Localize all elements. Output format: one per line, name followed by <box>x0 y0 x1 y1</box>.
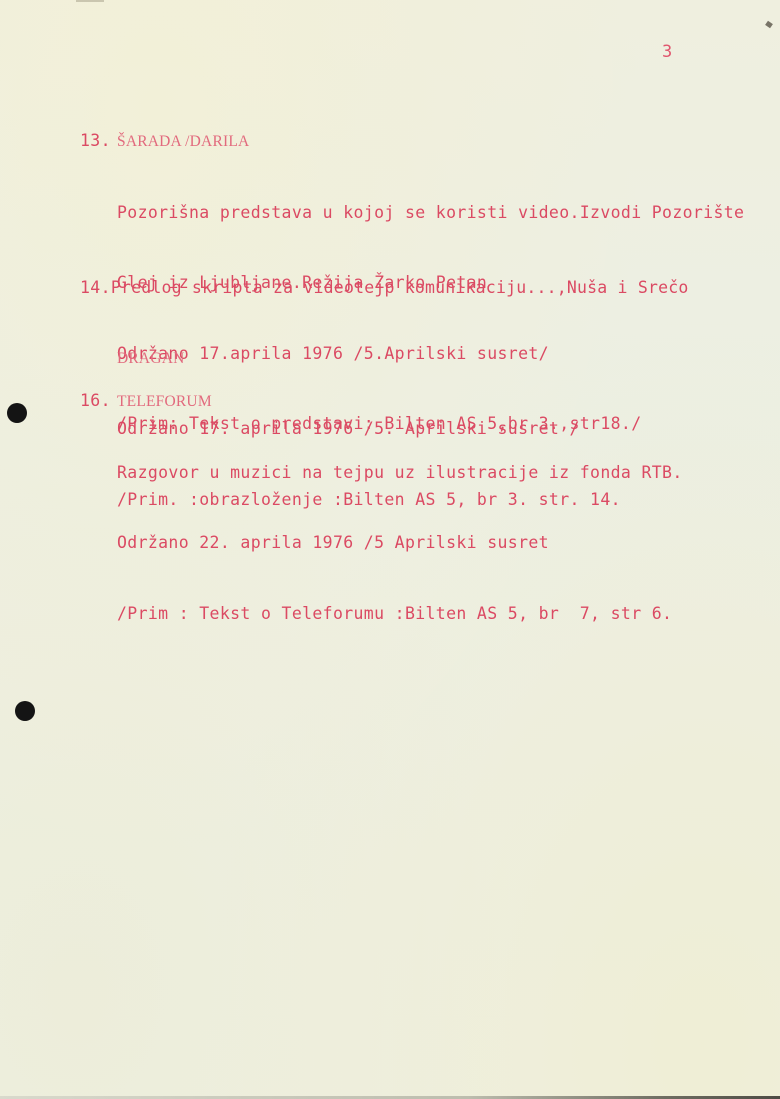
item-description-line: Razgovor u muzici na tejpu uz ilustracij… <box>80 461 683 485</box>
document-page: 3 13. ŠARADA /DARILA Pozorišna predstava… <box>0 0 780 1099</box>
item-title: TELEFORUM <box>117 390 212 414</box>
item-number: 14. <box>80 276 111 300</box>
item-heading: 16. TELEFORUM <box>80 389 683 414</box>
punch-hole-bottom <box>15 701 35 721</box>
item-heading: 14. Predlog skripta za videotejp komunik… <box>80 276 689 300</box>
paper-edge-mark <box>76 0 104 2</box>
item-description-line: Pozorišna predstava u kojoj se koristi v… <box>80 201 744 225</box>
item-number: 16. <box>80 389 117 413</box>
punch-hole-top <box>7 403 27 423</box>
item-title: ŠARADA /DARILA <box>117 130 249 154</box>
item-title: Predlog skripta za videotejp komunikacij… <box>111 276 689 300</box>
item-number: 13. <box>80 129 117 153</box>
item-heading: 13. ŠARADA /DARILA <box>80 129 744 154</box>
list-item-16: 16. TELEFORUM Razgovor u muzici na tejpu… <box>80 342 683 672</box>
paper-corner-mark <box>765 21 773 29</box>
item-note-line: /Prim : Tekst o Teleforumu :Bilten AS 5,… <box>80 602 683 626</box>
page-number: 3 <box>662 42 672 62</box>
item-date-line: Održano 22. aprila 1976 /5 Aprilski susr… <box>80 531 683 555</box>
